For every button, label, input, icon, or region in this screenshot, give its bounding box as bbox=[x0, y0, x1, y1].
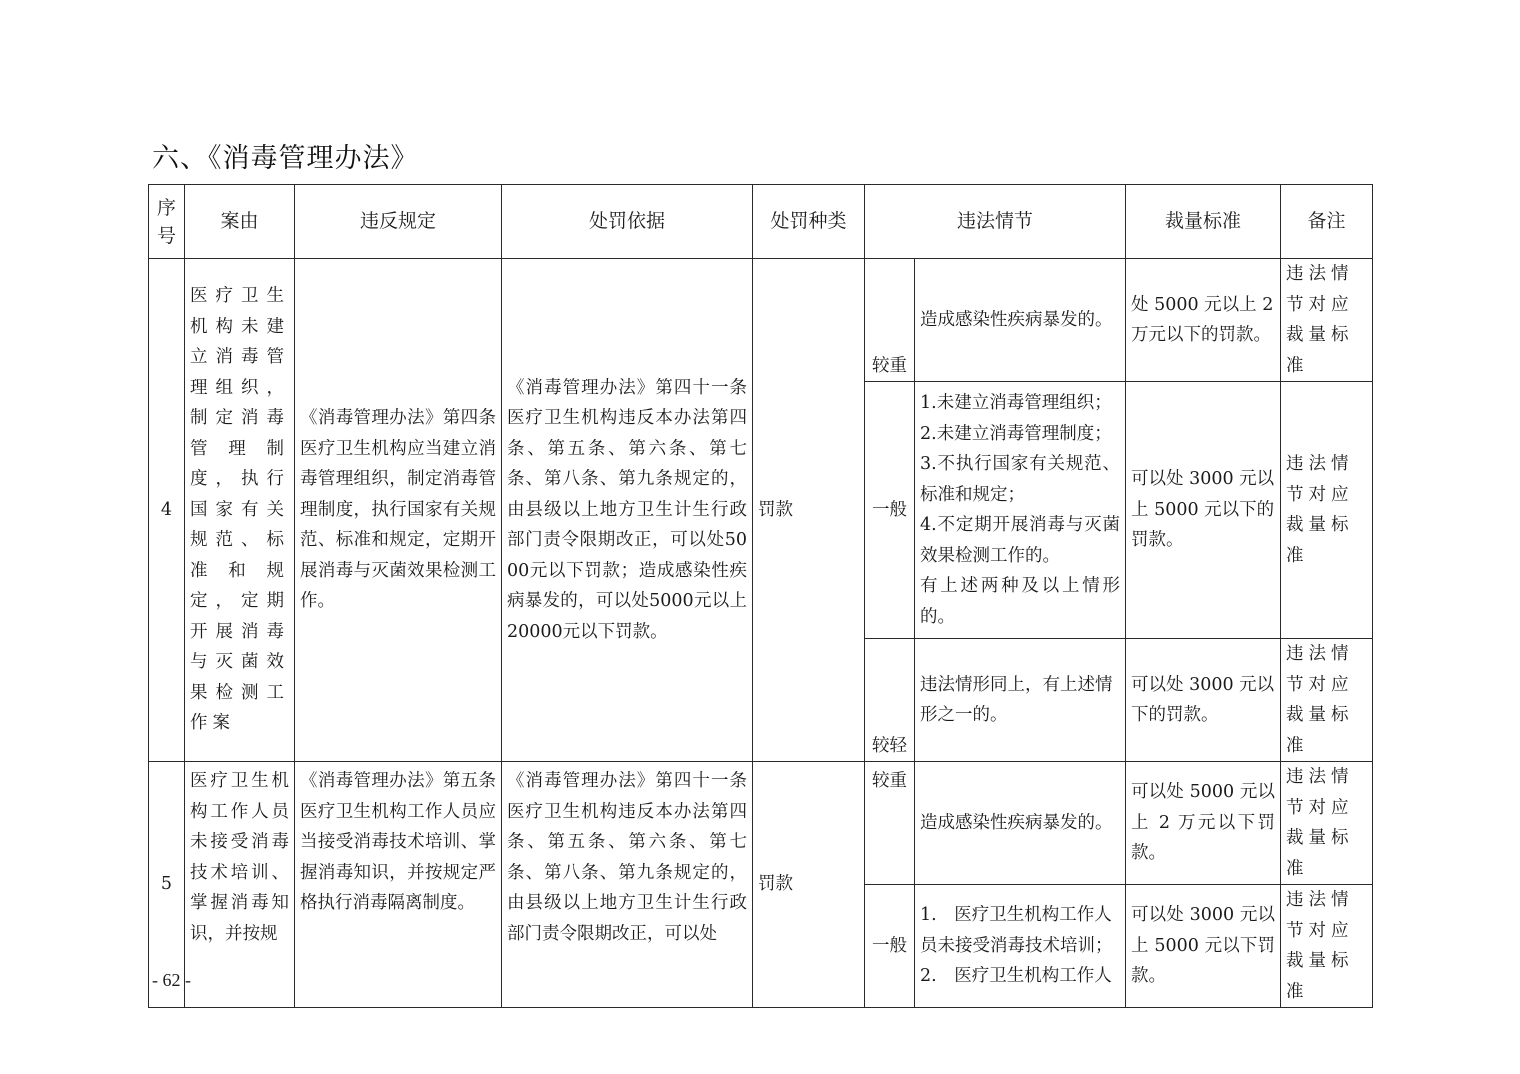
row-case: 医疗卫生机构未建立消毒管理组织，制定消毒管理制度，执行国家有关规范、标准和规定，… bbox=[185, 259, 295, 762]
table-row: 5 医疗卫生机构工作人员未接受消毒技术培训、掌握消毒知识，并按规 《消毒管理办法… bbox=[149, 762, 1373, 885]
level-standard: 可以处 3000 元以上 5000 元以下罚款。 bbox=[1126, 885, 1281, 1008]
section-title: 六、《消毒管理办法》 bbox=[152, 136, 419, 175]
header-case: 案由 bbox=[185, 185, 295, 259]
level-circumstance: 1.未建立消毒管理组织； 2.未建立消毒管理制度； 3.不执行国家有关规范、标准… bbox=[915, 382, 1126, 639]
level-label: 一般 bbox=[865, 885, 915, 1008]
level-remark: 违法情节对应裁量标准 bbox=[1281, 885, 1373, 1008]
row-penalty-basis: 《消毒管理办法》第四十一条 医疗卫生机构违反本办法第四条、第五条、第六条、第七条… bbox=[502, 762, 753, 1008]
row-seq: 4 bbox=[149, 259, 185, 762]
level-circumstance: 造成感染性疾病暴发的。 bbox=[915, 259, 1126, 382]
level-standard: 处 5000 元以上 2 万元以下的罚款。 bbox=[1126, 259, 1281, 382]
level-remark: 违法情节对应裁量标准 bbox=[1281, 382, 1373, 639]
level-label: 较轻 bbox=[865, 639, 915, 762]
level-remark: 违法情节对应裁量标准 bbox=[1281, 762, 1373, 885]
header-penalty-basis: 处罚依据 bbox=[502, 185, 753, 259]
row-violated-rule: 《消毒管理办法》第四条 医疗卫生机构应当建立消毒管理组织，制定消毒管理制度，执行… bbox=[295, 259, 502, 762]
row-penalty-type: 罚款 bbox=[753, 259, 865, 762]
row-penalty-type: 罚款 bbox=[753, 762, 865, 1008]
level-circumstance: 造成感染性疾病暴发的。 bbox=[915, 762, 1126, 885]
level-circumstance: 1. 医疗卫生机构工作人员未接受消毒技术培训； 2. 医疗卫生机构工作人 bbox=[915, 885, 1126, 1008]
page-number: - 62 - bbox=[152, 970, 191, 991]
header-standard: 裁量标准 bbox=[1126, 185, 1281, 259]
header-violated-rule: 违反规定 bbox=[295, 185, 502, 259]
level-remark: 违法情节对应裁量标准 bbox=[1281, 639, 1373, 762]
level-circumstance: 违法情形同上，有上述情形之一的。 bbox=[915, 639, 1126, 762]
level-label: 一般 bbox=[865, 382, 915, 639]
row-case: 医疗卫生机构工作人员未接受消毒技术培训、掌握消毒知识，并按规 bbox=[185, 762, 295, 1008]
level-label: 较重 bbox=[865, 762, 915, 885]
table-header-row: 序号 案由 违反规定 处罚依据 处罚种类 违法情节 裁量标准 备注 bbox=[149, 185, 1373, 259]
table-row: 4 医疗卫生机构未建立消毒管理组织，制定消毒管理制度，执行国家有关规范、标准和规… bbox=[149, 259, 1373, 382]
level-label: 较重 bbox=[865, 259, 915, 382]
penalty-discretion-table: 序号 案由 违反规定 处罚依据 处罚种类 违法情节 裁量标准 备注 4 医疗卫生… bbox=[148, 184, 1373, 1008]
level-standard: 可以处 5000 元以上 2 万元以下罚款。 bbox=[1126, 762, 1281, 885]
row-violated-rule: 《消毒管理办法》第五条 医疗卫生机构工作人员应当接受消毒技术培训、掌握消毒知识，… bbox=[295, 762, 502, 1008]
level-standard: 可以处 3000 元以上 5000 元以下的罚款。 bbox=[1126, 382, 1281, 639]
header-circumstances: 违法情节 bbox=[865, 185, 1126, 259]
header-seq: 序号 bbox=[149, 185, 185, 259]
level-remark: 违法情节对应裁量标准 bbox=[1281, 259, 1373, 382]
header-remarks: 备注 bbox=[1281, 185, 1373, 259]
level-standard: 可以处 3000 元以下的罚款。 bbox=[1126, 639, 1281, 762]
header-penalty-type: 处罚种类 bbox=[753, 185, 865, 259]
row-penalty-basis: 《消毒管理办法》第四十一条 医疗卫生机构违反本办法第四条、第五条、第六条、第七条… bbox=[502, 259, 753, 762]
